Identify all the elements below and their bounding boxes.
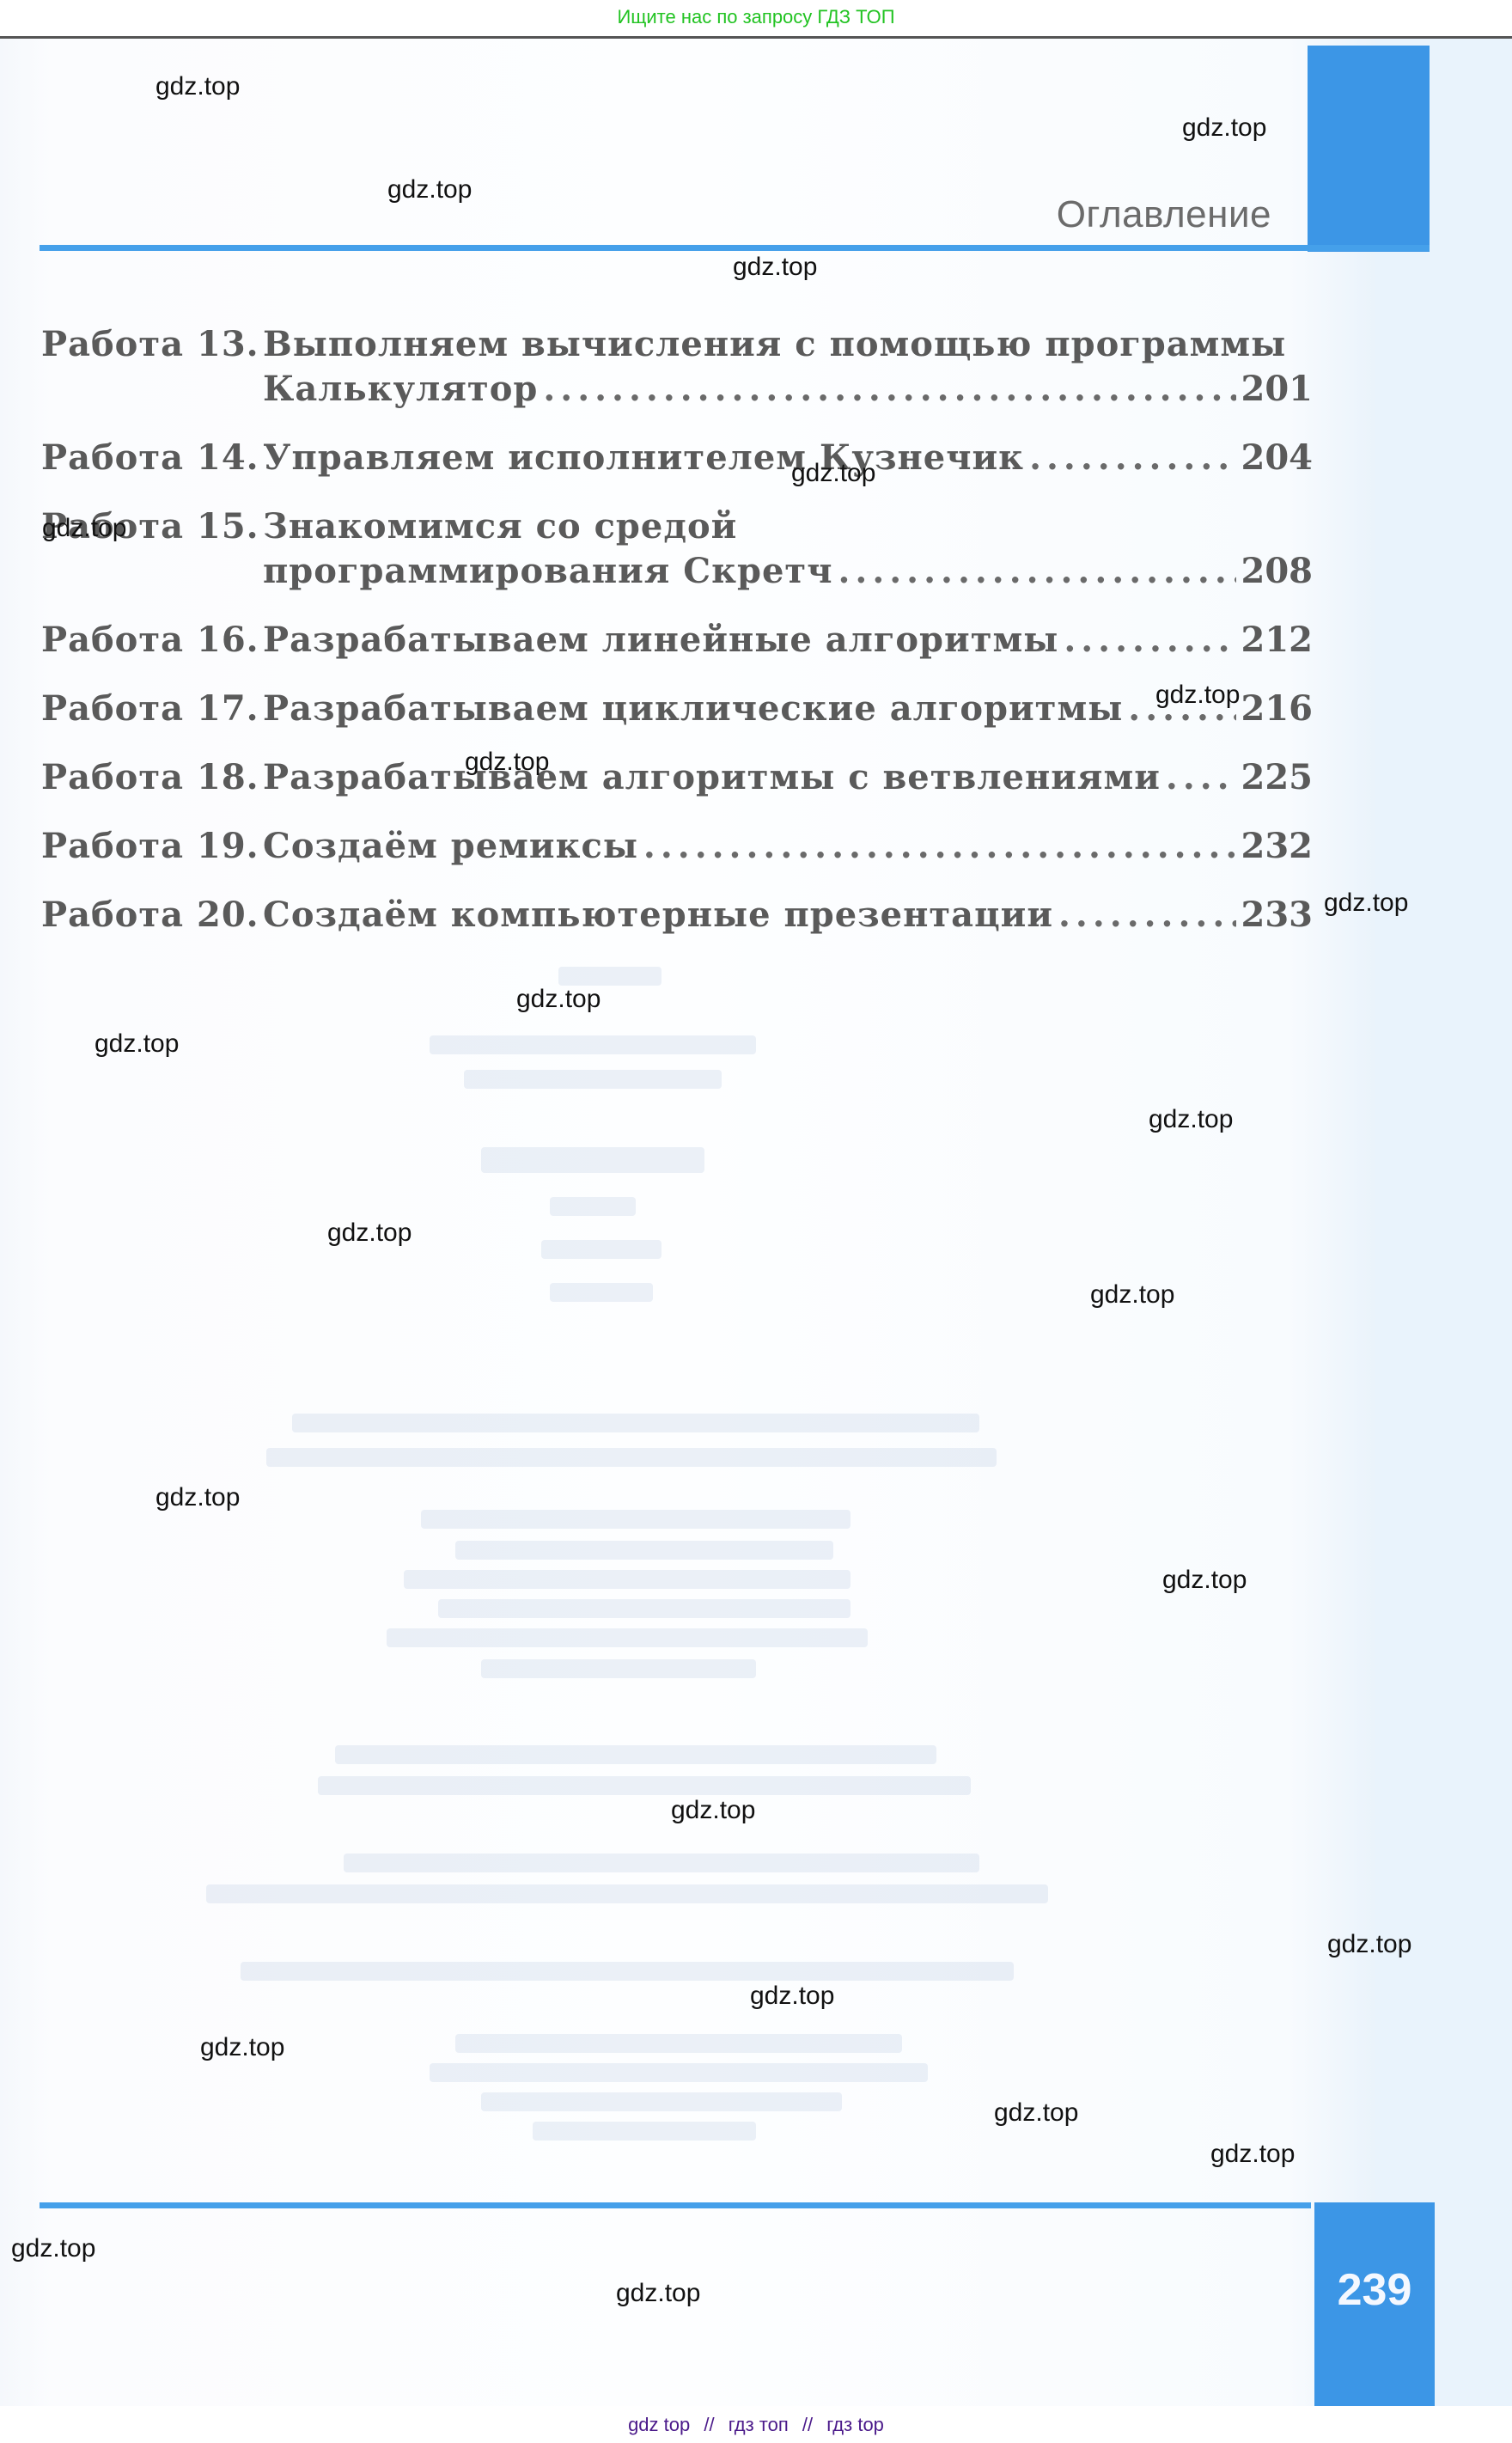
watermark: gdz.top (791, 459, 875, 488)
toc-page-number: 201 (1241, 367, 1314, 412)
dot-leader (643, 824, 1236, 869)
dot-leader (543, 367, 1235, 412)
toc-entry-label: Работа 20. (41, 893, 263, 938)
toc-entry-title: Выполняем вычисления с помощью программы (263, 322, 1286, 367)
watermark: gdz.top (465, 748, 549, 777)
link-separator: // (802, 2414, 813, 2435)
watermark: gdz.top (616, 2279, 700, 2308)
dot-leader (1058, 893, 1236, 938)
toc-entry-title: программирования Скретч (263, 549, 832, 594)
toc-page-number: 225 (1241, 755, 1314, 800)
toc-entry[interactable]: Работа 17.Разрабатываем циклические алго… (41, 687, 1313, 731)
watermark: gdz.top (42, 514, 126, 543)
toc-page-number: 232 (1241, 824, 1314, 869)
watermark: gdz.top (1210, 2140, 1295, 2169)
bleed-through-text (258, 967, 1203, 2170)
toc-entry-title: Калькулятор (263, 367, 538, 412)
toc-entry-label: Работа 19. (41, 824, 263, 869)
toc-page-number: 216 (1241, 687, 1314, 731)
page-number: 239 (1314, 2264, 1435, 2316)
top-banner: Ищите нас по запросу ГДЗ ТОП (0, 0, 1512, 36)
dot-leader (1064, 618, 1235, 663)
toc-entry-title: Разрабатываем циклические алгоритмы (263, 687, 1123, 731)
toc-entry[interactable]: Работа 16.Разрабатываем линейные алгорит… (41, 618, 1313, 663)
link-separator: // (704, 2414, 714, 2435)
toc-entry[interactable]: Работа 19.Создаём ремиксы232 (41, 824, 1313, 869)
watermark: gdz.top (994, 2098, 1078, 2128)
toc-entry-title: Знакомимся со средой (263, 504, 737, 549)
watermark: gdz.top (1149, 1105, 1233, 1134)
toc-page-number: 233 (1241, 893, 1314, 938)
toc-entry-title: Управляем исполнителем Кузнечик (263, 436, 1024, 480)
watermark: gdz.top (1324, 889, 1408, 918)
toc-page-number: 208 (1241, 549, 1314, 594)
toc-entry-label: Работа 16. (41, 618, 263, 663)
watermark: gdz.top (733, 253, 817, 282)
header-tab (1308, 46, 1430, 252)
header-divider (40, 245, 1430, 251)
toc-entry-title: Создаём компьютерные презентации (263, 893, 1053, 938)
bottom-links: gdz top // гдз топ // гдз top (0, 2406, 1512, 2443)
watermark: gdz.top (155, 72, 240, 101)
toc-entry-label: Работа 14. (41, 436, 263, 480)
table-of-contents: Работа 13.Выполняем вычисления с помощью… (41, 322, 1313, 938)
toc-entry-title: Создаём ремиксы (263, 824, 638, 869)
section-title: Оглавление (1057, 193, 1271, 236)
watermark: gdz.top (200, 2033, 284, 2062)
toc-entry[interactable]: Работа 15.Знакомимся со средойпрограммир… (41, 504, 1313, 594)
watermark: gdz.top (750, 1982, 834, 2011)
watermark: gdz.top (1090, 1280, 1174, 1310)
watermark: gdz.top (327, 1218, 412, 1248)
dot-leader (1029, 436, 1235, 480)
toc-entry[interactable]: Работа 18.Разрабатываем алгоритмы с ветв… (41, 755, 1313, 800)
bottom-link-2[interactable]: гдз топ (729, 2414, 789, 2435)
footer-divider (40, 2202, 1311, 2208)
toc-entry-label: Работа 17. (41, 687, 263, 731)
bottom-link-3[interactable]: гдз top (826, 2414, 884, 2435)
toc-entry-title: Разрабатываем алгоритмы с ветвлениями (263, 755, 1161, 800)
watermark: gdz.top (671, 1796, 755, 1825)
watermark: gdz.top (1182, 113, 1266, 143)
toc-page-number: 204 (1241, 436, 1314, 480)
watermark: gdz.top (155, 1483, 240, 1512)
toc-entry[interactable]: Работа 14.Управляем исполнителем Кузнечи… (41, 436, 1313, 480)
toc-entry-label: Работа 13. (41, 322, 263, 367)
toc-page-number: 212 (1241, 618, 1314, 663)
toc-entry-label: Работа 18. (41, 755, 263, 800)
toc-entry[interactable]: Работа 13.Выполняем вычисления с помощью… (41, 322, 1313, 412)
watermark: gdz.top (516, 985, 601, 1014)
watermark: gdz.top (1162, 1566, 1247, 1595)
watermark: gdz.top (1327, 1930, 1411, 1959)
watermark: gdz.top (11, 2234, 95, 2263)
banner-text: Ищите нас по запросу ГДЗ ТОП (617, 6, 894, 27)
watermark: gdz.top (387, 175, 472, 205)
page-edge (1375, 39, 1512, 2409)
bottom-link-1[interactable]: gdz top (628, 2414, 690, 2435)
dot-leader (1166, 755, 1236, 800)
toc-entry-title: Разрабатываем линейные алгоритмы (263, 618, 1058, 663)
watermark: gdz.top (94, 1029, 179, 1059)
dot-leader (838, 549, 1235, 594)
toc-entry[interactable]: Работа 20.Создаём компьютерные презентац… (41, 893, 1313, 938)
watermark: gdz.top (1155, 681, 1240, 710)
